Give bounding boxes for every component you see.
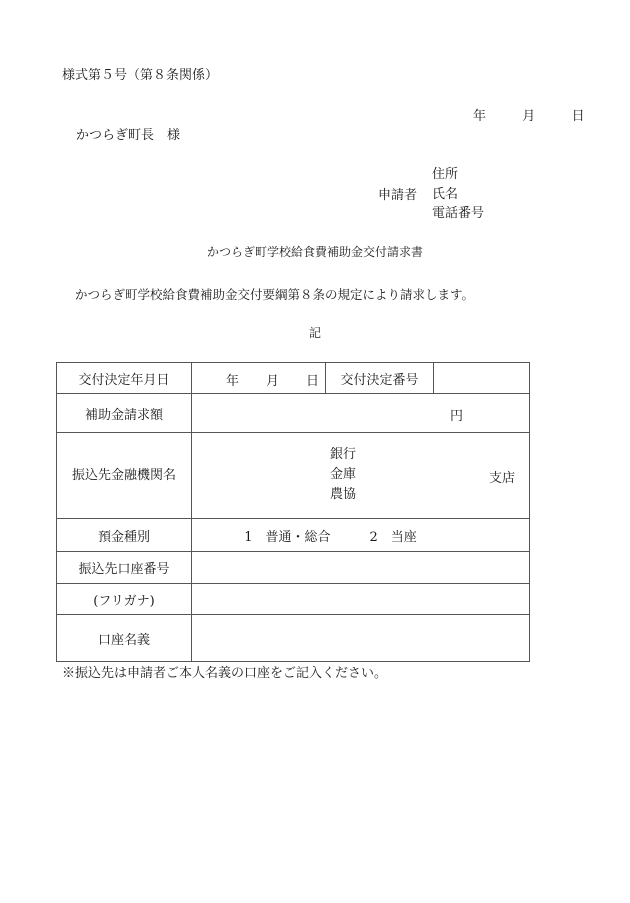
applicant-fields: 住所 氏名 電話番号	[432, 165, 484, 224]
grant-table: 交付決定年月日 年 月 日 交付決定番号 補助金請求額 円 振込先金融機関名 銀…	[56, 362, 530, 662]
table-row: 交付決定年月日 年 月 日 交付決定番号	[57, 363, 530, 394]
name-field[interactable]: 氏名	[432, 185, 484, 205]
table-row: 補助金請求額 円	[57, 394, 530, 433]
table-row: 預金種別 1 普通・総合 2 当座	[57, 519, 530, 552]
year-label: 年	[473, 105, 486, 124]
furigana-label: (フリガナ)	[57, 584, 192, 615]
day-label: 日	[306, 370, 319, 389]
account-holder-label: 口座名義	[57, 615, 192, 662]
submission-date: 年 月 日	[473, 105, 585, 124]
decision-date-field[interactable]: 年 月 日	[192, 363, 326, 394]
deposit-type-options[interactable]: 1 普通・総合 2 当座	[192, 519, 530, 552]
phone-field[interactable]: 電話番号	[432, 204, 484, 224]
ki-heading: 記	[0, 324, 630, 341]
table-row: 振込先口座番号	[57, 552, 530, 584]
table-row: (フリガナ)	[57, 584, 530, 615]
table-row: 振込先金融機関名 銀行 金庫 農協 支店	[57, 433, 530, 519]
furigana-field[interactable]	[192, 584, 530, 615]
month-label: 月	[266, 370, 279, 389]
yen-unit: 円	[450, 405, 463, 424]
bank-type-list: 銀行 金庫 農協	[330, 445, 356, 505]
account-number-field[interactable]	[192, 552, 530, 584]
address-field[interactable]: 住所	[432, 165, 484, 185]
addressee: かつらぎ町長 様	[76, 124, 180, 143]
body-text: かつらぎ町学校給食費補助金交付要綱第８条の規定により請求します。	[75, 285, 474, 303]
bank-name-label: 振込先金融機関名	[57, 433, 192, 519]
month-label: 月	[522, 105, 535, 124]
account-holder-field[interactable]	[192, 615, 530, 662]
bank-type-shinkin[interactable]: 金庫	[330, 465, 356, 485]
branch-label: 支店	[489, 467, 515, 486]
account-number-label: 振込先口座番号	[57, 552, 192, 584]
amount-field[interactable]: 円	[192, 394, 530, 433]
decision-date-label: 交付決定年月日	[57, 363, 192, 394]
day-label: 日	[572, 105, 585, 124]
decision-number-label: 交付決定番号	[326, 363, 434, 394]
bank-type-bank[interactable]: 銀行	[330, 445, 356, 465]
year-label: 年	[226, 370, 239, 389]
table-row: 口座名義	[57, 615, 530, 662]
document-title: かつらぎ町学校給食費補助金交付請求書	[0, 243, 630, 260]
amount-label: 補助金請求額	[57, 394, 192, 433]
form-number: 様式第５号（第８条関係）	[62, 64, 218, 83]
applicant-label: 申請者	[378, 184, 417, 203]
deposit-type-label: 預金種別	[57, 519, 192, 552]
decision-number-field[interactable]	[434, 363, 530, 394]
bank-type-nokyo[interactable]: 農協	[330, 485, 356, 505]
footnote: ※振込先は申請者ご本人名義の口座をご記入ください。	[62, 662, 387, 681]
bank-name-field[interactable]: 銀行 金庫 農協 支店	[192, 433, 530, 519]
